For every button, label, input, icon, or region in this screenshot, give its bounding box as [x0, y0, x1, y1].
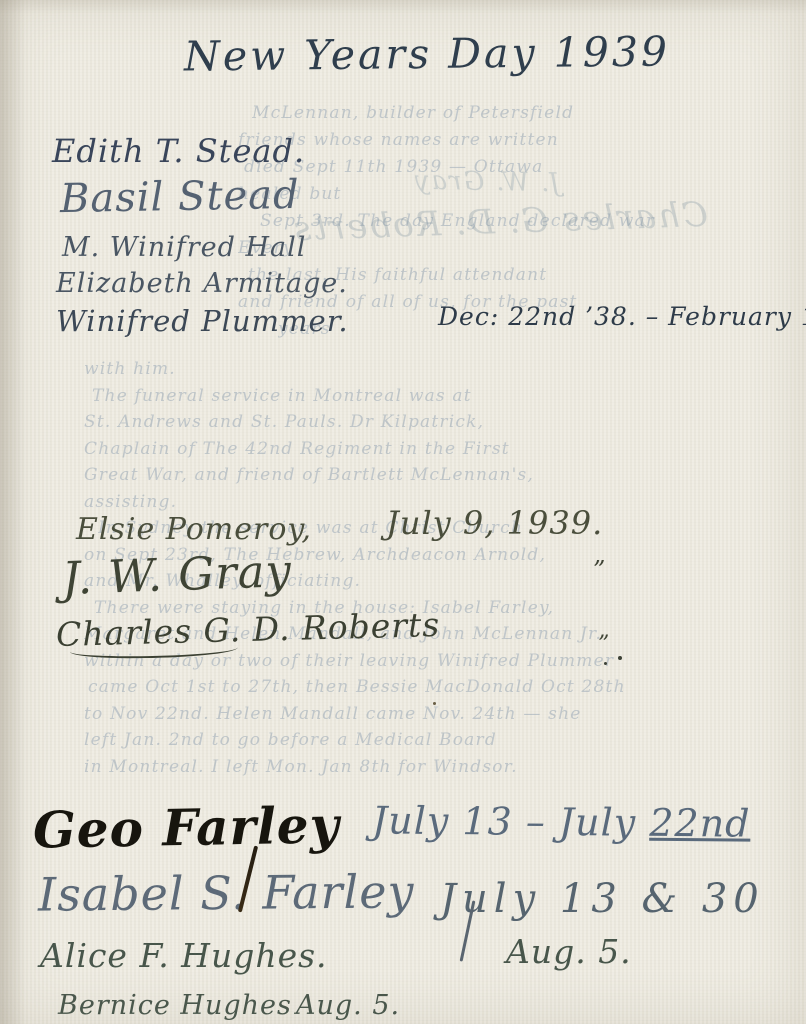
ghost-text-line: to Nov 22nd. Helen Mandall came Nov. 24t… — [84, 701, 764, 728]
ghost-text-line: left Jan. 2nd to go before a Medical Boa… — [84, 727, 764, 754]
ghost-text-line: The funeral service in Montreal was at — [92, 383, 764, 410]
ditto-mark-roberts: ” — [598, 632, 610, 657]
page-left-shadow — [0, 0, 26, 1024]
signature-edith-stead: Edith T. Stead. — [52, 132, 305, 170]
signature-bernice-hughes: Bernice Hughes — [58, 990, 292, 1021]
signature-winifred-hall: M. Winifred Hall — [62, 232, 306, 263]
signature-isabel-farley: Isabel S. Farley — [38, 864, 415, 921]
signature-geo-farley: Geo Farley — [33, 795, 341, 859]
page-title: New Years Day 1939 — [184, 27, 670, 80]
ghost-text-line: St. Andrews and St. Pauls. Dr Kilpatrick… — [84, 409, 764, 436]
ghost-text-line: with him. — [84, 356, 764, 383]
ghost-mirrored-flourish: J. W. Gray — [300, 164, 560, 199]
signature-jw-gray: J. W. Gray — [61, 544, 293, 605]
ink-speck — [433, 702, 436, 705]
page-top-shadow — [0, 0, 806, 14]
ghost-text-line: McLennan, builder of Petersfield — [252, 100, 718, 127]
date-alice-hughes: Aug. 5. — [506, 932, 632, 971]
signature-alice-hughes: Alice F. Hughes. — [40, 936, 328, 975]
date-geo-farley: July 13 – July 22nd — [372, 798, 751, 845]
date-bernice-hughes: Aug. 5. — [296, 990, 400, 1021]
signature-basil-stead: Basil Stead — [60, 172, 300, 222]
signature-elsie-pomeroy: Elsie Pomeroy, — [76, 512, 312, 547]
ghost-text-line: came Oct 1st to 27th, then Bessie MacDon… — [88, 674, 764, 701]
ink-speck — [604, 662, 607, 665]
signature-winifred-plummer: Winifred Plummer. — [56, 304, 349, 338]
ghost-text-line: Chaplain of The 42nd Regiment in the Fir… — [84, 436, 764, 463]
ditto-mark-gray: ” — [593, 556, 606, 584]
signature-elizabeth-armitage: Elizabeth Armitage. — [56, 268, 348, 299]
ghost-text-line: in Montreal. I left Mon. Jan 8th for Win… — [84, 754, 764, 781]
ink-speck — [618, 656, 622, 660]
date-geo-farley-underlined: 22nd — [649, 801, 751, 846]
ghost-text-line: friends whose names are written — [238, 127, 718, 154]
ghost-text-line: Great War, and friend of Bartlett McLenn… — [84, 462, 764, 489]
date-isabel-farley: July 13 & 30 — [440, 876, 765, 922]
date-geo-farley-prefix: July 13 – July — [372, 798, 650, 844]
date-winifred-plummer: Dec: 22nd ’38. – February 14th. — [438, 302, 806, 331]
date-elsie-pomeroy: July 9, 1939. — [386, 504, 603, 542]
guest-book-page: McLennan, builder of Petersfieldfriends … — [0, 0, 806, 1024]
